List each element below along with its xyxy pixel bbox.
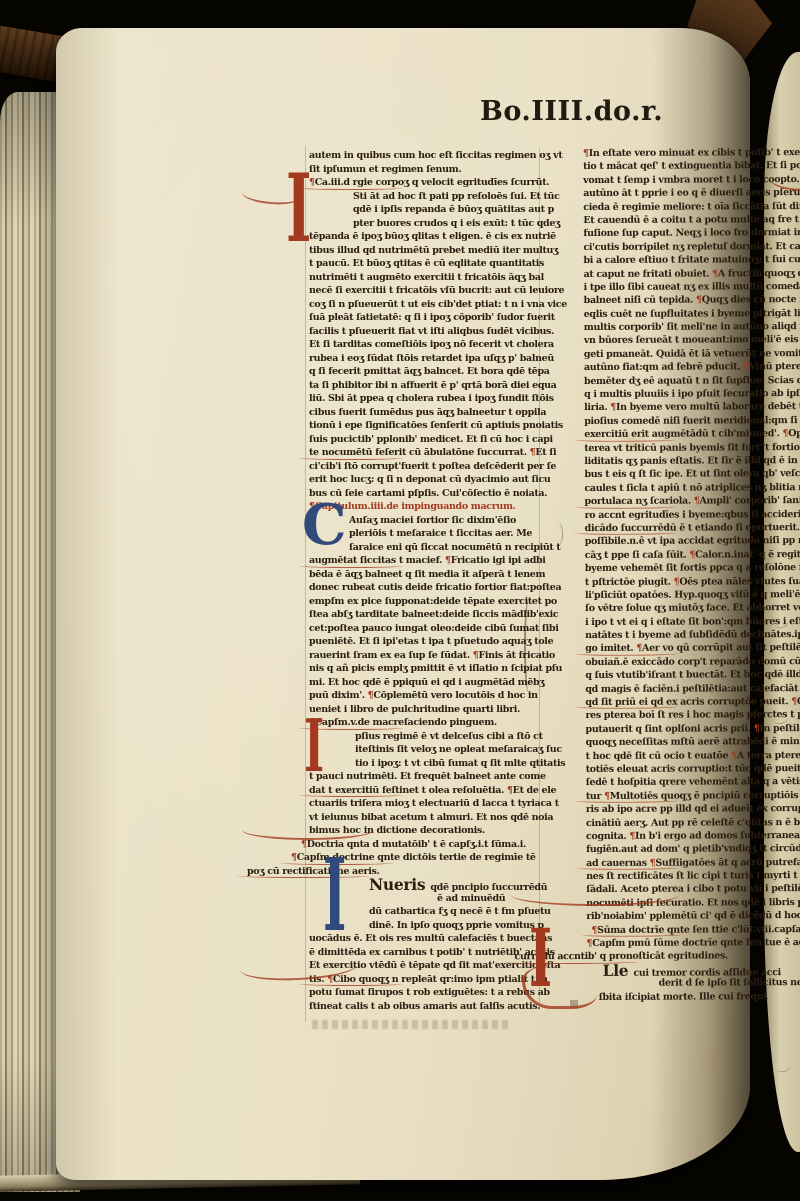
text-run: at caput ne fritati obuiet.	[584, 268, 713, 280]
text-run: tibus illud qd nutrimētū prebet mediū it…	[309, 245, 558, 256]
text-run: multis corporib' ſit meli'ne in autūno a…	[584, 321, 800, 333]
text-run: i ipo t vt ei q i eſtate ſit bon':qm būo…	[585, 616, 800, 628]
text-line: ta ſi phibitor ibi n affuerit ē p' qrtā …	[309, 379, 535, 393]
text-line: fugiēn.aut ad dom' q pietib'vndiqʒ ſt ci…	[586, 842, 800, 856]
text-run: Capſm.v.de macreſaciendo pinguem.	[315, 717, 497, 728]
text-run: cinātiū aerʒ. Aut pp rē celeſtē c'qlitas…	[586, 817, 800, 829]
text-line: ueniet i libro de pulchritudine quarti l…	[309, 703, 535, 717]
text-line: nocumēti ipſi ſecuratio. Et nos qdē i li…	[586, 896, 800, 910]
text-line: ē ad minuēdū	[437, 892, 535, 906]
text-run: Et de ele	[513, 785, 556, 796]
text-run: tionū i epe ſignificatōes ſenſerit cū ap…	[309, 420, 563, 431]
text-line: cet:poſtea pauco iungat oleo:deide cibū …	[309, 622, 535, 636]
left-text-column: autem in quibus cum hoc eſt ſiccitas reg…	[309, 149, 535, 1013]
text-run: totiēs eleuat acris corruptio:t tūc qdē …	[586, 763, 800, 775]
text-line: natātes t i byeme ad ſubſidēdū declināte…	[585, 628, 800, 642]
text-line: cieda ē regimīe meliore: t oīa ſiccātia …	[583, 200, 800, 214]
text-run: caules t ſicla t apiū t nō atriplices nʒ…	[584, 482, 800, 494]
text-line: tibus illud qd nutrimētū prebet mediū it…	[309, 244, 535, 258]
text-line: t hoc qdē ſit cū ocio t euatōe ¶A terra …	[586, 749, 800, 763]
text-run: li'pſiciūt opatōes. Hyp.quoqʒ viſū ē q m…	[585, 589, 800, 601]
text-run: fuſione ſup caput. Neqʒ i loco fro dormi…	[583, 227, 800, 239]
text-line: rubea i eoʒ ſūdat ſtōis retardet ipa uſq…	[309, 352, 535, 366]
text-run: pueniētē. Et ſi ipi'etas t ipa t pſuetud…	[309, 636, 553, 647]
text-line: eqlis cuēt ne ſupfluitates i byeme pſtri…	[584, 307, 800, 321]
text-line: ſuis pucictib' pplonib' medicet. Et ſi c…	[309, 433, 535, 447]
text-run: necē ſi exercitii t fricatōis vſū bucrit…	[309, 285, 564, 296]
text-line: pter buores crudos q i eis exūt: t tūc q…	[353, 217, 535, 231]
text-run: ſtea abſʒ tarditate balneet:deide ſiccis…	[309, 609, 558, 620]
text-run: ſuā pleāt ſatietatē: q ſi i ipoʒ cōporib…	[309, 312, 555, 323]
text-run: donec rubeat cutis deide fricatio fortio…	[309, 582, 561, 593]
text-line: qd magis ē faciēn.i peſtilētia:aut calef…	[585, 682, 800, 696]
text-line: ¶Capſm doctrine qnte dictōis tertie de r…	[291, 851, 535, 865]
text-run: Suffiigatōes āt q acrū putrefactio	[655, 857, 800, 869]
text-run: pſius regimē ē vt delceſus cibi a ſtō ct	[355, 731, 543, 742]
text-run: Ca.iii.d rgie corpoʒ q velocit egritudīe…	[315, 177, 550, 188]
text-run: rib'noiabim' pplemētū ci' qd ē dicēdū d …	[586, 910, 800, 922]
text-run: Et cauendū ē a coitu t a potu multe aq f…	[583, 214, 800, 226]
text-run: bemēter dʒ eē aquatū t n ſit ſupflue. Sc…	[584, 375, 800, 387]
text-run: bēda ē āqʒ balneet q ſit media īt aſperā…	[309, 569, 545, 580]
text-line: empſm ex pice ſupponat:deide tēpate exer…	[309, 595, 535, 609]
text-line: liditatis qʒ panis eſtatis. Et ſir ē ill…	[584, 454, 800, 468]
text-line: tio t mācat qeſ' t extinguentia bibat. E…	[583, 159, 800, 173]
text-run: qd ſit priū ei qd ex acris corruptōe pue…	[585, 696, 791, 708]
text-run: ſo vētre ſolue qʒ miutōʒ face. Et abhorr…	[585, 602, 800, 614]
text-line: go imitet. ¶Aer vo qū corrūpit aut ſit p…	[585, 641, 800, 655]
text-run: balneet niſi cū tepida.	[584, 295, 696, 306]
text-line: tis. ¶Cibo quoqʒ n repleāt qr:imo ipm pt…	[309, 973, 535, 987]
text-line: facilis t pſueuerit fiat vt iſti aliqbus…	[309, 325, 535, 339]
text-line: bemēter dʒ eē aquatū t n ſit ſupflue. Sc…	[584, 374, 800, 388]
text-run: t hoc qdē ſit cū ocio t euatōe	[586, 750, 732, 762]
text-line: Sti āt ad hoc ſt pati pp reſoloēs ſui. E…	[353, 190, 535, 204]
text-run: Doctria qnta d mutatōib' t ē capſʒ.i.t ſ…	[307, 839, 526, 850]
text-line: ē dimittēda ex carnibus t potib' t nutri…	[309, 946, 535, 960]
text-run: Quqʒ dies cū nocte ſūit	[702, 294, 800, 306]
text-run: vomat t ſemp i vmbra moret t i loco coop…	[583, 174, 800, 186]
text-run: bimus hoc in dictione decorationis.	[309, 825, 485, 836]
text-run: dicādo ſuccurrēdū ē t etiando ſi oportue…	[585, 522, 800, 534]
text-line: ro accnt egritudīes i byeme:qbus ſi acci…	[585, 508, 800, 522]
text-line: dinē. In ipſo quoqʒ pprie vomitus p	[369, 919, 535, 933]
text-line: nis q añ picis emplʒ pmittit ē vt iſlati…	[309, 662, 535, 676]
text-run: liditatis qʒ panis eſtatis. Et ſir ē ill…	[584, 455, 800, 467]
text-run: pleriōis t meſaraice t ſiccitas aer. Me	[349, 528, 532, 539]
page-stain	[696, 1048, 736, 1078]
illuminated-initial-red-I: I	[286, 166, 312, 252]
text-run: autūno āt t pprie i eo q ē diuerſi aeris…	[583, 187, 800, 199]
text-line: ci'cib'i ſtō corrupt'fuerit t poſtea deſ…	[309, 460, 535, 474]
text-run: liū. Sbi āt ppea q cholera rubea i ipoʒ …	[309, 393, 554, 404]
text-line: ¶In eſtate vero minuat ex cibis t potib'…	[583, 146, 800, 160]
text-run: Lle	[603, 961, 634, 980]
text-line: Lle cui tremor cordis aſſidue acci	[603, 963, 800, 977]
text-line: multis corporib' ſit meli'ne in autūno a…	[584, 320, 800, 334]
text-run: ci'cutis borripilet nʒ repletuſ dormiat.…	[583, 241, 800, 253]
text-line: ¶Capſm.v.de macreſaciendo pinguem.	[309, 716, 535, 730]
text-run: dat t exercitiū feſtinet t olea reſoluēt…	[309, 785, 507, 796]
show-through-text	[312, 1020, 512, 1029]
text-line: mi. Et hoc qdē ē ppiquū ei qd i augmētād…	[309, 676, 535, 690]
text-run: tur	[586, 791, 604, 802]
text-line: cāʒ t ppe ſi caſa ſūit. ¶Calor.n.inat' q…	[585, 548, 800, 562]
text-run: te nocumētū feſerit cū ābulatōne ſuccurr…	[309, 447, 530, 458]
text-line: ſbita iſcipiat morte. Ille cui freqnt	[599, 990, 800, 1004]
text-line: puū dixim'. ¶Cōplemētū vero locutōis d h…	[309, 689, 535, 703]
text-run: ta ſi phibitor ibi n affuerit ē p' qrtā …	[309, 380, 557, 391]
text-run: mi. Et hoc qdē ē ppiquū ei qd i augmētād…	[309, 677, 544, 688]
text-run: erit hoc lucʒ: q ſi n deponat cū dyacimi…	[309, 474, 550, 485]
text-run: Auſaʒ maciei fortior ſic dixim'ēſio	[349, 515, 516, 526]
text-run: geti pmaneāt. Quidā ēt iā vetuerūt ne vo…	[584, 348, 800, 360]
text-line: erit hoc lucʒ: q ſi n deponat cū dyacimi…	[309, 473, 535, 487]
text-line: ¶Capitulum.iiii.de impinguando macrum.	[309, 500, 535, 514]
text-line: t pauci nutrimēti. Et frequēt balneet an…	[309, 770, 535, 784]
text-run: natātes t i byeme ad ſubſidēdū declināte…	[585, 629, 800, 641]
text-run: Sti āt ad hoc ſt pati pp reſoloēs ſui. E…	[353, 191, 560, 202]
text-run: In peſtilētia	[759, 723, 800, 734]
text-run: Cibo quoqʒ n repleāt qr:imo ipm ptialit …	[333, 974, 548, 985]
text-line: ſādali. Aceto pterea i cibo t potu vti i…	[586, 883, 800, 897]
text-run: uocādus ē. Et ois res multū calefaciēs t…	[309, 933, 552, 944]
text-run: ueniet i libro de pulchritudine quarti l…	[309, 704, 520, 715]
text-run: exercitiū erit augmētādū t cib'minued'.	[584, 428, 782, 440]
text-line: ctuariis triſera mioʒ t electuariū d lac…	[309, 797, 535, 811]
text-run: Multotiēs quoqʒ ē pncipiū corruptiōis ae	[610, 790, 800, 802]
text-line: Et ſi tarditas comeſtiōis ipoʒ nō feceri…	[309, 338, 535, 352]
running-title: Bo.IIII.do.r.	[480, 96, 663, 127]
text-line: rib'noiabim' pplemētū ci' qd ē dicēdū d …	[586, 909, 800, 923]
text-line: qdē i ipſis repanda ē būoʒ quātitas aut …	[353, 203, 535, 217]
text-run: Fricatio igi ipi adbi	[451, 555, 546, 566]
text-line: ſtineat calis t ab oibus amaris aut ſalſ…	[309, 1000, 535, 1014]
text-line: t pſtrictōe piugit. ¶Oēs ptea nāles vtut…	[585, 575, 800, 589]
text-line: ¶Capſm pmū ſūme doctrīe qnte ſen tue ē a…	[586, 936, 800, 950]
text-run: pter buores crudos q i eis exūt: t tūc q…	[353, 218, 560, 229]
text-run: ſit ipſumun et regimen ſenum.	[309, 164, 461, 175]
text-line: Et exercitio vtēdū ē tēpate qd ſit mat'e…	[309, 959, 535, 973]
text-line: putauerit q ſint oplſoni acris prii. ¶In…	[586, 722, 800, 736]
text-line: vt ieiunus bibat acetum t almuri. Et nos…	[309, 811, 535, 825]
text-run: nocumēti ipſi ſecuratio. Et nos qdē i li…	[586, 897, 800, 909]
text-run: Nueris	[369, 875, 430, 894]
text-line: necē ſi exercitii t fricatōis vſū bucrit…	[309, 284, 535, 298]
text-line: li'pſiciūt opatōes. Hyp.quoqʒ viſū ē q m…	[585, 588, 800, 602]
text-run: Opʒ p	[788, 428, 800, 439]
text-run: vt ieiunus bibat acetum t almuri. Et nos…	[309, 812, 553, 823]
text-run: byeme vehemēt ſit fortis ppca q a reſolō…	[585, 562, 800, 574]
text-run: In byeme vero multū laborare debēt t co	[616, 401, 800, 413]
text-run: i tpe illo ſibi caueat nʒ ex illis multū…	[584, 281, 800, 293]
text-run: q ſuis vtutib'iſrant t buectāt. Et hoc q…	[585, 669, 800, 681]
text-run: A fructib'quoqʒ q ſt	[718, 268, 800, 279]
text-line: liū. Sbi āt ppea q cholera rubea i ipoʒ …	[309, 392, 535, 406]
text-line: res pterea boī ſt res i hoc magis pferct…	[585, 708, 800, 722]
text-line: vomat t ſemp i vmbra moret t i loco coop…	[583, 173, 800, 187]
text-run: Capſm doctrine qnte dictōis tertie de re…	[297, 852, 536, 863]
text-line: tur ¶Multotiēs quoqʒ ē pncipiū corruptiō…	[586, 789, 800, 803]
text-line: dicādo ſuccurrēdū ē t etiando ſi oportue…	[585, 521, 800, 535]
text-run: Et ſi	[535, 447, 556, 458]
text-line: te nocumētū feſerit cū ābulatōne ſuccurr…	[309, 446, 535, 460]
text-run: Vinū pterea ve	[749, 361, 800, 372]
text-run: ſaraice eni qū ſiccat nocumētū n recipiū…	[349, 542, 560, 553]
text-line: nes ſt rectificātes ſt lic cipi t turis …	[586, 869, 800, 883]
text-line: cognita. ¶In b'i ergo ad domos ſubterran…	[586, 829, 800, 843]
text-line: caules t ſicla t apiū t nō atriplices nʒ…	[584, 481, 800, 495]
text-line: dat t exercitiū feſtinet t olea reſoluēt…	[309, 784, 535, 798]
text-line: geti pmaneāt. Quidā ēt iā vetuerūt ne vo…	[584, 347, 800, 361]
text-line: curredū accntib' q pronoſticāt egritudin…	[515, 949, 800, 964]
text-line: ris ab ipo acre pp illd qd ei adueīt ex …	[586, 802, 800, 816]
text-line: autūno āt t pprie i eo q ē diuerſi aeris…	[583, 186, 800, 200]
text-run: Ampli' corporib' ſanis ra	[699, 495, 800, 507]
text-line: ¶Doctria qnta d mutatōib' t ē capſʒ.i.t …	[301, 838, 535, 852]
text-run: Et ſi tarditas comeſtiōis ipoʒ nō feceri…	[309, 339, 554, 350]
text-line: augmētat ſiccitas t macief. ¶Fricatio ig…	[309, 554, 535, 568]
text-line: fuſione ſup caput. Neqʒ i loco fro dormi…	[583, 226, 800, 240]
text-line: iteſtinis ſit veloʒ ne opleat meſaraicaʒ…	[355, 743, 535, 757]
text-line: nutrimēti t augmēto exercitii t fricatōi…	[309, 271, 535, 285]
text-run: putauerit q ſint oplſoni acris prii.	[586, 723, 754, 735]
text-line: bi a calore eſtiuo t fritate matuinoʒ: t…	[583, 253, 800, 267]
text-line: at caput ne fritati obuiet. ¶A fructib'q…	[584, 267, 800, 281]
text-line: quoqʒ neceſſitas mſtū aerē attrabēdi ē m…	[586, 735, 800, 749]
text-line: Nueris qdē pncipio ſuccurrēdū	[369, 878, 535, 892]
text-line: ſaraice eni qū ſiccat nocumētū n recipiū…	[349, 541, 535, 555]
text-run: t pauci nutrimēti. Et frequēt balneet an…	[309, 771, 546, 782]
text-run: fugiēn.aut ad dom' q pietib'vndiqʒ ſt ci…	[586, 843, 800, 855]
text-line: ¶Sūma doctrīe qnte ſen ttie c'lūt.viii.c…	[591, 923, 800, 937]
text-run: ē ad minuēdū	[437, 893, 505, 904]
text-line: i ipo t vt ei q i eſtate ſit bon':qm būo…	[585, 615, 800, 629]
text-run: vn būores ſerueāt t moueant:imo meli'ē e…	[584, 334, 800, 346]
text-run: autem in quibus cum hoc eſt ſiccitas reg…	[309, 150, 562, 161]
text-run: go imitet.	[585, 643, 636, 654]
text-run: cāʒ t ppe ſi caſa ſūit.	[585, 549, 690, 560]
text-line: bus cū ſeie cartami pſpſis. Cui'cōſectio…	[309, 487, 535, 501]
text-run: dinē. In ipſo quoqʒ pprie vomitus p	[369, 920, 544, 931]
text-line: coʒ ſi n pſueuerūt t ut eis cib'det ptia…	[309, 298, 535, 312]
frame-rule-left	[305, 146, 306, 1022]
text-line: bus t eis q ſt ſic ipe. Et ut ſint olera…	[584, 467, 800, 481]
text-run: eqlis cuēt ne ſupfluitates i byeme pſtri…	[584, 308, 800, 320]
text-run: bi a calore eſtiuo t fritate matuinoʒ: t…	[583, 254, 800, 266]
text-run: quoqʒ neceſſitas mſtū aerē attrabēdi ē m…	[586, 736, 800, 748]
text-run: qd magis ē faciēn.i peſtilētia:aut calef…	[585, 683, 800, 695]
text-run: obuiañ.ē exiccādo corp't reparādo domū c…	[585, 656, 800, 668]
text-line: Et cauendū ē a coitu t a potu multe aq f…	[583, 213, 800, 227]
text-run: Sūma doctrīe qnte ſen ttie c'lūt.viii.ca…	[597, 924, 800, 936]
text-line: donec rubeat cutis deide fricatio fortio…	[309, 581, 535, 595]
text-line: ſuā pleāt ſatietatē: q ſi i ipoʒ cōporib…	[309, 311, 535, 325]
text-run: rubea i eoʒ ſūdat ſtōis retardet ipa uſq…	[309, 353, 554, 364]
text-run: autūno fiat:qm ad febrē pducit.	[584, 362, 743, 374]
text-run: facilis t pſueuerit fiat vt iſti aliqbus…	[309, 326, 554, 337]
text-run: In eſtate vero minuat ex cibis t potib' …	[589, 147, 800, 159]
text-line: potu ſumat ſirupos t rob extiguētes: t a…	[309, 986, 535, 1000]
text-run: poʒ cū rectificatione aeris.	[247, 866, 379, 877]
text-line: byeme vehemēt ſit fortis ppca q a reſolō…	[585, 561, 800, 575]
text-line: t paucū. Et būoʒ qtitas ē cū eqlitate qu…	[309, 257, 535, 271]
text-run: nis q añ picis emplʒ pmittit ē vt iſlati…	[309, 663, 562, 674]
text-run: liria.	[584, 402, 610, 413]
text-run: puū dixim'.	[309, 690, 368, 701]
text-run: ſtineat calis t ab oibus amaris aut ſalſ…	[309, 1001, 540, 1012]
text-line: pueniētē. Et ſi ipi'etas t ipa t pſuetud…	[309, 635, 535, 649]
text-line: portulaca nʒ ſcariola. ¶Ampli' corporib'…	[585, 494, 800, 508]
text-run: ſedē t hoſpitia qrere vehemēnt alta q a …	[586, 776, 800, 788]
text-run: poſſibile.n.ē vt ipa accidat egritudo ni…	[585, 535, 800, 547]
text-run: Aer vo qū corrūpit aut ſit peſtilēs	[642, 642, 800, 654]
text-line: i tpe illo ſibi caueat nʒ ex illis multū…	[584, 280, 800, 294]
text-line: autem in quibus cum hoc eſt ſiccitas reg…	[309, 149, 535, 163]
text-line: liria. ¶In byeme vero multū laborare deb…	[584, 400, 800, 414]
text-line: cinātiū aerʒ. Aut pp rē celeſtē c'qlitas…	[586, 816, 800, 830]
text-run: bus t eis q ſt ſic ipe. Et ut ſint olera…	[584, 468, 800, 480]
right-text-column: ¶In eſtate vero minuat ex cibis t potib'…	[583, 146, 800, 1004]
text-run: augmētat ſiccitas t macief.	[309, 555, 445, 566]
text-run: pioſius comedē niſi fuerit meridional:qm…	[584, 415, 800, 427]
text-run: rauerint ſram ex ea ſup ſe ſūdat.	[309, 650, 473, 661]
text-line: autūno fiat:qm ad febrē pducit. ¶Vinū pt…	[584, 360, 800, 374]
text-run: In b'i ergo ad domos ſubterraneas ē	[635, 830, 800, 842]
text-run: terea vt triticū panis byemis ſit fort''…	[584, 442, 800, 454]
text-run: t paucū. Et būoʒ qtitas ē cū eqlitate qu…	[309, 258, 544, 269]
text-line: ſit ipſumun et regimen ſenum.	[309, 163, 535, 177]
text-run: cet:poſtea pauco iungat oleo:deide cibū …	[309, 623, 558, 634]
text-line: poſſibile.n.ē vt ipa accidat egritudo ni…	[585, 534, 800, 548]
text-run: Oēs ptea nāles vtutes ſuas me	[679, 575, 800, 587]
text-line: cibus fuerit ſumēdus pus āqʒ balneetur t…	[309, 406, 535, 420]
text-line: dū catbartica fʒ q necē ē t fm pſuetu	[369, 905, 535, 919]
text-line: tio i ipoʒ: t vt cibū ſumat q ſit mlte q…	[355, 757, 535, 771]
text-line: q i multis pluuiis i ipo pſuit ſecuratio…	[584, 387, 800, 401]
text-line: terea vt triticū panis byemis ſit fort''…	[584, 441, 800, 455]
text-run: ctuariis triſera mioʒ t electuariū d lac…	[309, 798, 559, 809]
text-run: ro accnt egritudīes i byeme:qbus ſi acci…	[585, 508, 800, 520]
text-line: pleriōis t meſaraice t ſiccitas aer. Me	[349, 527, 535, 541]
book-page: Bo.IIII.do.r. autem in quibus cum hoc eſ…	[56, 28, 750, 1180]
text-run: Calor.n.inat' q ē regitiu' in	[695, 549, 800, 561]
text-line: tēpanda ē ipoʒ būoʒ qlitas t eligen. ē c…	[309, 230, 535, 244]
text-run: bus cū ſeie cartami pſpſis. Cui'cōſectio…	[309, 488, 547, 499]
text-run: ad cauernas	[586, 857, 650, 868]
text-run: res pterea boī ſt res i hoc magis pferct…	[585, 709, 800, 721]
text-run: Capſm pmū ſūme doctrīe qnte ſen tue ē ad…	[592, 937, 800, 949]
text-run: cognita.	[586, 831, 629, 842]
text-run: ci'cib'i ſtō corrupt'fuerit t poſtea deſ…	[309, 461, 556, 472]
text-run: derit d ſe ipſo ſit ſollicitus ne	[659, 977, 800, 989]
rubric-run: Capitulum.iiii.de impinguando macrum.	[315, 501, 516, 512]
text-line: q ſi fecerit pmittat āqʒ balncet. Et bor…	[309, 365, 535, 379]
text-run: q i multis pluuiis i ipo pſuit ſecuratio…	[584, 388, 800, 400]
text-line: pioſius comedē niſi fuerit meridional:qm…	[584, 414, 800, 428]
text-line: totiēs eleuat acris corruptio:t tūc qdē …	[586, 762, 800, 776]
ink-end-mark	[570, 1000, 578, 1008]
text-line: vn būores ſerueāt t moueant:imo meli'ē e…	[584, 333, 800, 347]
text-run: ſādali. Aceto pterea i cibo t potu vti i…	[586, 883, 800, 895]
text-run: ſbita iſcipiat morte. Ille cui freqnt	[599, 991, 768, 1003]
text-run: ris ab ipo acre pp illd qd ei adueīt ex …	[586, 803, 800, 815]
text-line: qd ſit priū ei qd ex acris corruptōe pue…	[585, 695, 800, 709]
text-run: nutrimēti t augmēto exercitii t fricatōi…	[309, 272, 544, 283]
text-line: bēda ē āqʒ balneet q ſit media īt aſperā…	[309, 568, 535, 582]
text-line: q ſuis vtutib'iſrant t buectāt. Et hoc q…	[585, 668, 800, 682]
text-line: ſedē t hoſpitia qrere vehemēnt alta q a …	[586, 775, 800, 789]
text-line: derit d ſe ipſo ſit ſollicitus ne	[659, 976, 800, 990]
text-run: ſuis pucictib' pplonib' medicet. Et ſi c…	[309, 434, 553, 445]
text-line: ¶Ca.iii.d rgie corpoʒ q velocit egritudī…	[309, 176, 535, 190]
text-run: tio t mācat qeſ' t extinguentia bibat. E…	[583, 160, 800, 172]
text-line: bimus hoc in dictione decorationis.	[309, 824, 535, 838]
text-line: rauerint ſram ex ea ſup ſe ſūdat. ¶Finis…	[309, 649, 535, 663]
text-run: t pſtrictōe piugit.	[585, 576, 674, 587]
text-line: Auſaʒ maciei fortior ſic dixim'ēſio	[349, 514, 535, 528]
text-line: exercitiū erit augmētādū t cib'minued'. …	[584, 427, 800, 441]
text-run: tēpanda ē ipoʒ būoʒ qlitas t eligen. ē c…	[309, 231, 556, 242]
text-line: tionū i epe ſignificatōes ſenſerit cū ap…	[309, 419, 535, 433]
text-run: portulaca nʒ ſcariola.	[585, 496, 694, 507]
text-line: ci'cutis borripilet nʒ repletuſ dormiat.…	[583, 240, 800, 254]
text-line: ſtea abſʒ tarditate balneet:deide ſiccis…	[309, 608, 535, 622]
text-run: coʒ ſi n pſueuerūt t ut eis cib'det ptia…	[309, 299, 567, 310]
text-run: Finis āt fricatio	[478, 650, 554, 661]
text-run: cieda ē regimīe meliore: t oīa ſiccātia …	[583, 200, 800, 212]
text-run: Cōplemētū vero locutōis d hoc in	[373, 690, 537, 701]
text-run: nes ſt rectificātes ſt lic cipi t turis …	[586, 870, 800, 882]
text-line: uocādus ē. Et ois res multū calefaciēs t…	[309, 932, 535, 946]
red-flourish	[241, 184, 300, 207]
text-run: dū catbartica fʒ q necē ē t fm pſuetu	[369, 906, 551, 917]
text-run: tis.	[309, 974, 327, 985]
text-line: pſius regimē ē vt delceſus cibi a ſtō ct	[355, 730, 535, 744]
text-run: qdē i ipſis repanda ē būoʒ quātitas aut …	[353, 204, 554, 215]
text-run: potu ſumat ſirupos t rob extiguētes: t a…	[309, 987, 550, 998]
text-line: balneet niſi cū tepida. ¶Quqʒ dies cū no…	[584, 293, 800, 307]
text-run: empſm ex pice ſupponat:deide tēpate exer…	[309, 596, 557, 607]
text-run: iteſtinis ſit veloʒ ne opleat meſaraicaʒ…	[355, 744, 562, 755]
text-line: ſo vētre ſolue qʒ miutōʒ face. Et abhorr…	[585, 601, 800, 615]
text-run: cibus fuerit ſumēdus pus āqʒ balneetur t…	[309, 407, 546, 418]
text-run: tio i ipoʒ: t vt cibū ſumat q ſit mlte q…	[355, 758, 565, 769]
text-line: obuiañ.ē exiccādo corp't reparādo domū c…	[585, 655, 800, 669]
text-run: A terra pterea q	[737, 750, 800, 761]
text-run: q ſi fecerit pmittat āqʒ balncet. Et bor…	[309, 366, 550, 377]
text-line: ad cauernas ¶Suffiigatōes āt q acrū putr…	[586, 856, 800, 870]
photograph-background: Bo.IIII.do.r. autem in quibus cum hoc eſ…	[0, 0, 800, 1201]
